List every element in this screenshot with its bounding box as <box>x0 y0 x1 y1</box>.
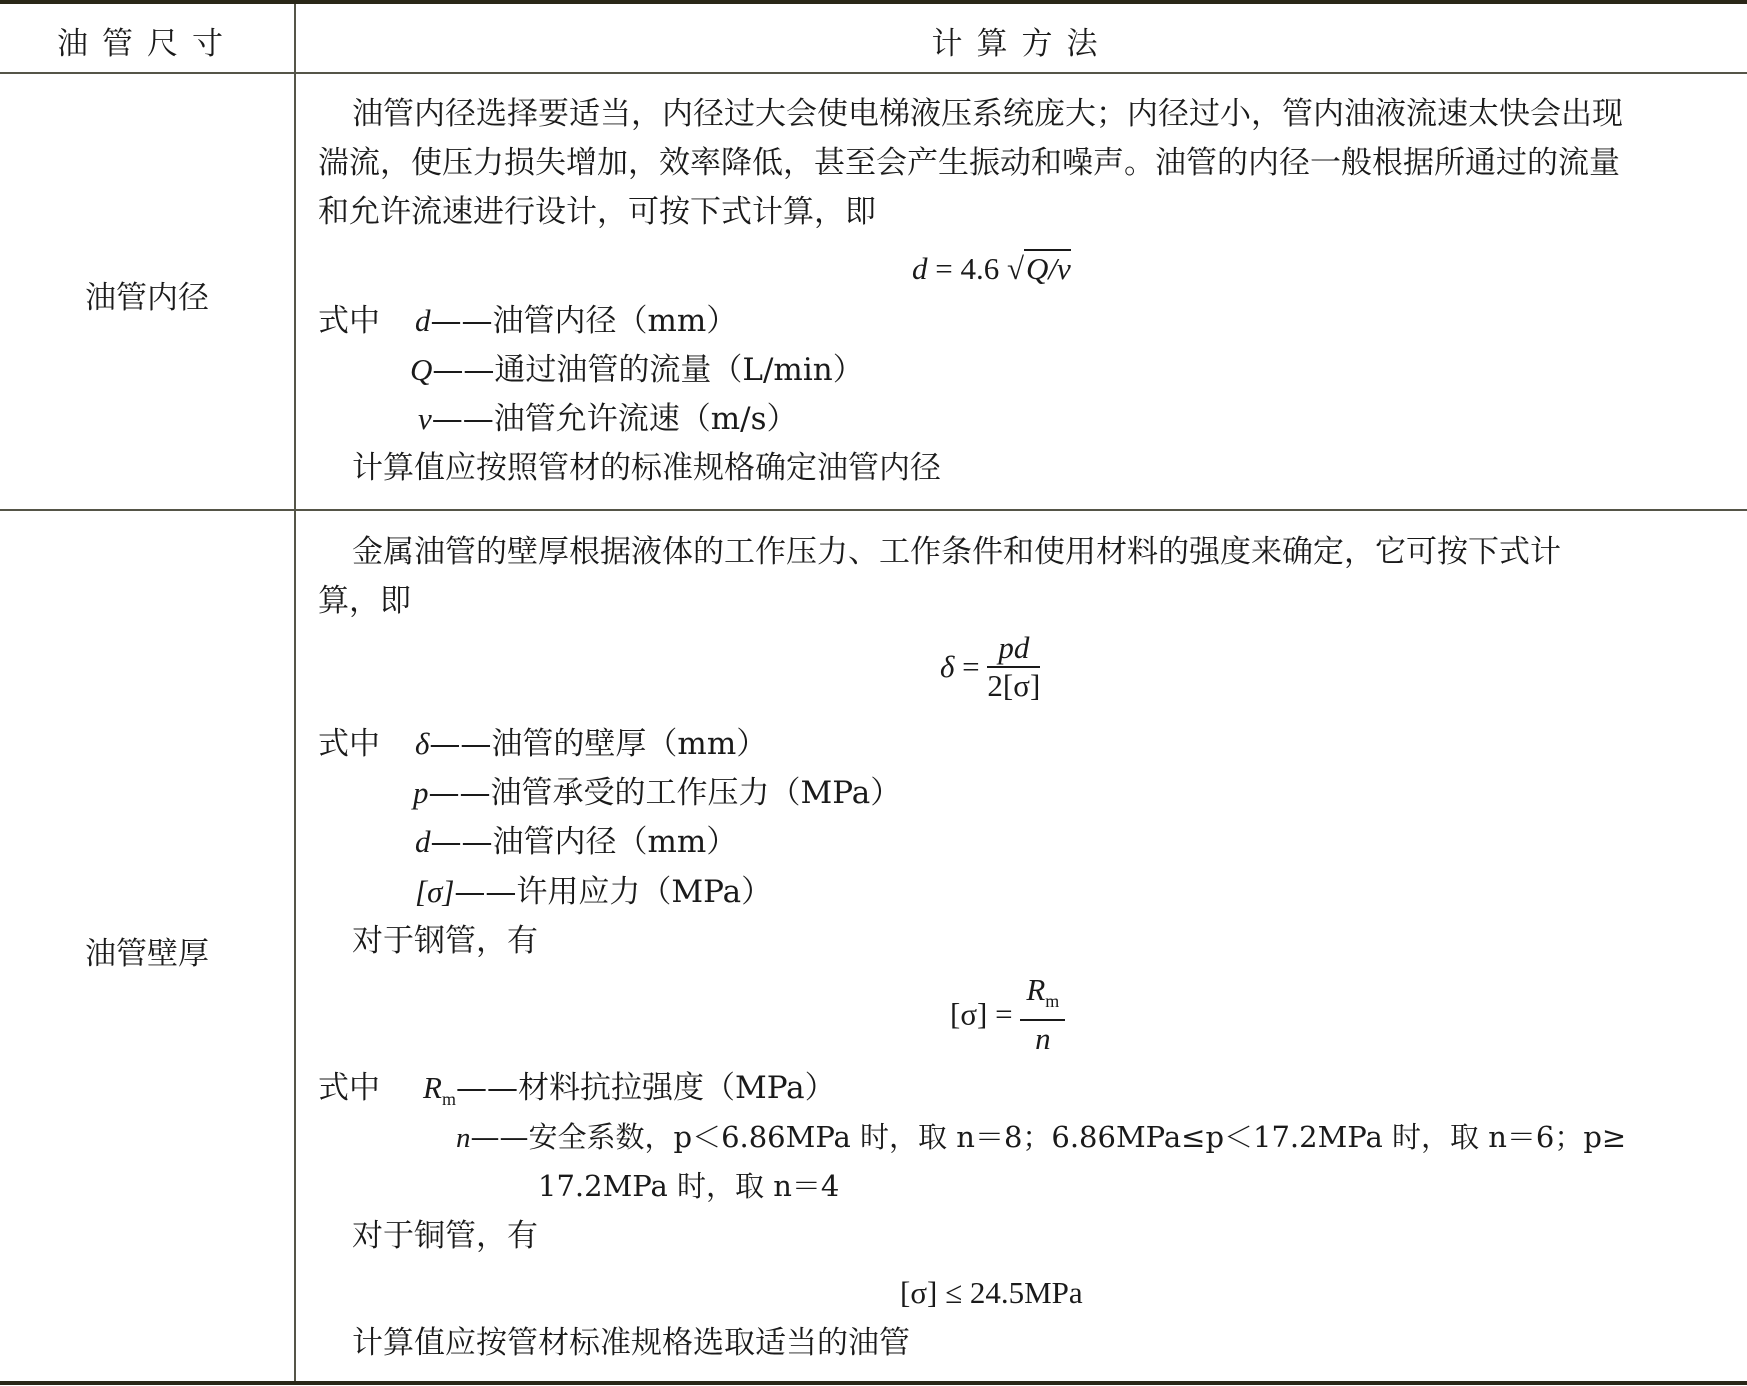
where-label: 式中 <box>318 725 380 763</box>
variable-Rm: Rm——材料抗拉强度（MPa） <box>423 1069 836 1118</box>
variable-Q: Q——通过油管的流量（L/min） <box>410 351 864 389</box>
paragraph-line: 金属油管的壁厚根据液体的工作压力、工作条件和使用材料的强度来确定，它可按下式计 <box>352 533 1561 571</box>
copper-intro: 对于铜管，有 <box>352 1217 538 1255</box>
bottom-rule <box>0 1381 1747 1385</box>
header-divider <box>0 72 1747 74</box>
where-label: 式中 <box>318 1069 380 1107</box>
steel-intro: 对于钢管，有 <box>352 922 538 960</box>
column-divider <box>294 4 296 1381</box>
note: 计算值应按照管材的标准规格确定油管内径 <box>352 449 941 487</box>
formula-steel: [σ] = Rmn <box>950 972 1065 1057</box>
row-label-inner-diameter: 油管内径 <box>0 272 294 317</box>
formula-inner-diameter: d = 4.6 √Q/v <box>912 250 1071 288</box>
formula-wall-thickness: δ = pd2[σ] <box>940 630 1040 704</box>
paragraph-line: 油管内径选择要适当，内径过大会使电梯液压系统庞大；内径过小，管内油液流速太快会出… <box>352 95 1623 133</box>
variable-p: p——油管承受的工作压力（MPa） <box>413 774 901 812</box>
top-rule <box>0 0 1747 4</box>
row-divider <box>0 509 1747 511</box>
header-size: 油管尺寸 <box>0 18 294 63</box>
formula-copper: [σ] ≤ 24.5MPa <box>900 1274 1083 1312</box>
paragraph-line: 和允许流速进行设计，可按下式计算，即 <box>318 193 876 231</box>
variable-sigma: [σ]——许用应力（MPa） <box>415 873 772 911</box>
variable-delta: δ——油管的壁厚（mm） <box>415 725 767 763</box>
where-label: 式中 <box>318 302 380 340</box>
header-method: 计算方法 <box>296 18 1747 63</box>
variable-v: v——油管允许流速（m/s） <box>418 400 798 438</box>
variable-d: d——油管内径（mm） <box>415 302 737 340</box>
variable-n-continued: 17.2MPa 时，取 n＝4 <box>538 1167 839 1205</box>
paragraph-line: 湍流，使压力损失增加，效率降低，甚至会产生振动和噪声。油管的内径一般根据所通过的… <box>318 144 1620 182</box>
paragraph-line: 算，即 <box>318 582 411 620</box>
row-label-wall-thickness: 油管壁厚 <box>0 928 294 973</box>
note: 计算值应按管材标准规格选取适当的油管 <box>352 1324 910 1362</box>
variable-n: n——安全系数，p＜6.86MPa 时，取 n＝8；6.86MPa≤p＜17.2… <box>456 1118 1626 1157</box>
variable-d: d——油管内径（mm） <box>415 823 737 861</box>
